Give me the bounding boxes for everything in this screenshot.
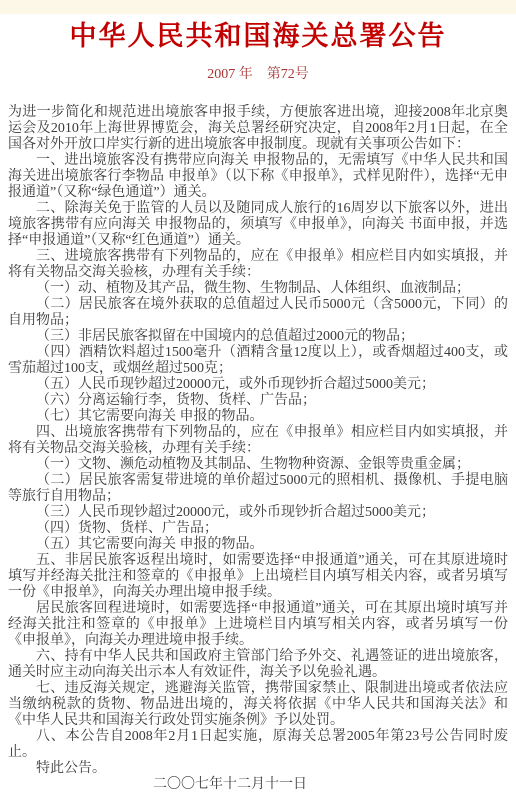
- paragraph: 居民旅客回程进境时，如需要选择“申报通道”通关，可在其原出境时填写并经海关批注和…: [8, 601, 508, 649]
- paragraph: 五、非居民旅客返程出境时，如需要选择“申报通道”通关，可在其原进境时填写并经海关…: [8, 553, 508, 601]
- paragraph: 八、本公告自2008年2月1日起实施，原海关总署2005年第23号公告同时废止。: [8, 729, 508, 761]
- paragraph: （一）文物、濒危动植物及其制品、生物物种资源、金银等贵重金属；: [8, 457, 508, 473]
- paragraph: （一）动、植物及其产品，微生物、生物制品、人体组织、血液制品；: [8, 281, 508, 297]
- paragraph: （二）居民旅客在境外获取的总值超过人民币5000元（含5000元，下同）的自用物…: [8, 297, 508, 329]
- paragraph: 四、出境旅客携带有下列物品的，应在《申报单》相应栏目内如实填报，并将有关物品交海…: [8, 425, 508, 457]
- document-date: 二〇〇七年十二月十一日: [0, 777, 516, 793]
- top-band: [0, 0, 516, 14]
- paragraph: 一、进出境旅客没有携带应向海关 申报物品的，无需填写《中华人民共和国海关进出境旅…: [8, 153, 508, 201]
- paragraph: （四）酒精饮料超过1500毫升（酒精含量12度以上），或香烟超过400支，或雪茄…: [8, 345, 508, 377]
- paragraph: （七）其它需要向海关 申报的物品。: [8, 409, 508, 425]
- paragraph: 为进一步简化和规范进出境旅客申报手续，方便旅客进出境，迎接2008年北京奥运会及…: [8, 105, 508, 153]
- paragraph: （五）其它需要向海关 申报的物品。: [8, 537, 508, 553]
- paragraph: （六）分离运输行李，货物、货样、广告品；: [8, 393, 508, 409]
- paragraph: （四）货物、货样、广告品；: [8, 521, 508, 537]
- paragraph: 六、持有中华人民共和国政府主管部门给予外交、礼遇签证的进出境旅客，通关时应主动向…: [8, 649, 508, 681]
- announcement-page: { "header": { "title": "中华人民共和国海关总署公告", …: [0, 0, 516, 794]
- document-title: 中华人民共和国海关总署公告: [0, 21, 516, 52]
- paragraph: （三）非居民旅客拟留在中国境内的总值超过2000元的物品；: [8, 329, 508, 345]
- paragraph: 二、除海关免于监管的人员以及随同成人旅行的16周岁以下旅客以外，进出境旅客携带有…: [8, 201, 508, 249]
- paragraph: 三、进境旅客携带有下列物品的，应在《申报单》相应栏目内如实填报，并将有关物品交海…: [8, 249, 508, 281]
- paragraph: 特此公告。: [8, 761, 508, 777]
- paragraph: （二）居民旅客需复带进境的单价超过5000元的照相机、摄像机、手提电脑等旅行自用…: [8, 473, 508, 505]
- paragraph: （三）人民币现钞超过20000元，或外币现钞折合超过5000美元；: [8, 505, 508, 521]
- issue-number: 2007 年 第72号: [0, 67, 516, 83]
- paragraph: 七、违反海关规定，逃避海关监管，携带国家禁止、限制进出境或者依法应当缴纳税款的货…: [8, 681, 508, 729]
- document-body: 为进一步简化和规范进出境旅客申报手续，方便旅客进出境，迎接2008年北京奥运会及…: [8, 105, 508, 777]
- paragraph: （五）人民币现钞超过20000元，或外币现钞折合超过5000美元；: [8, 377, 508, 393]
